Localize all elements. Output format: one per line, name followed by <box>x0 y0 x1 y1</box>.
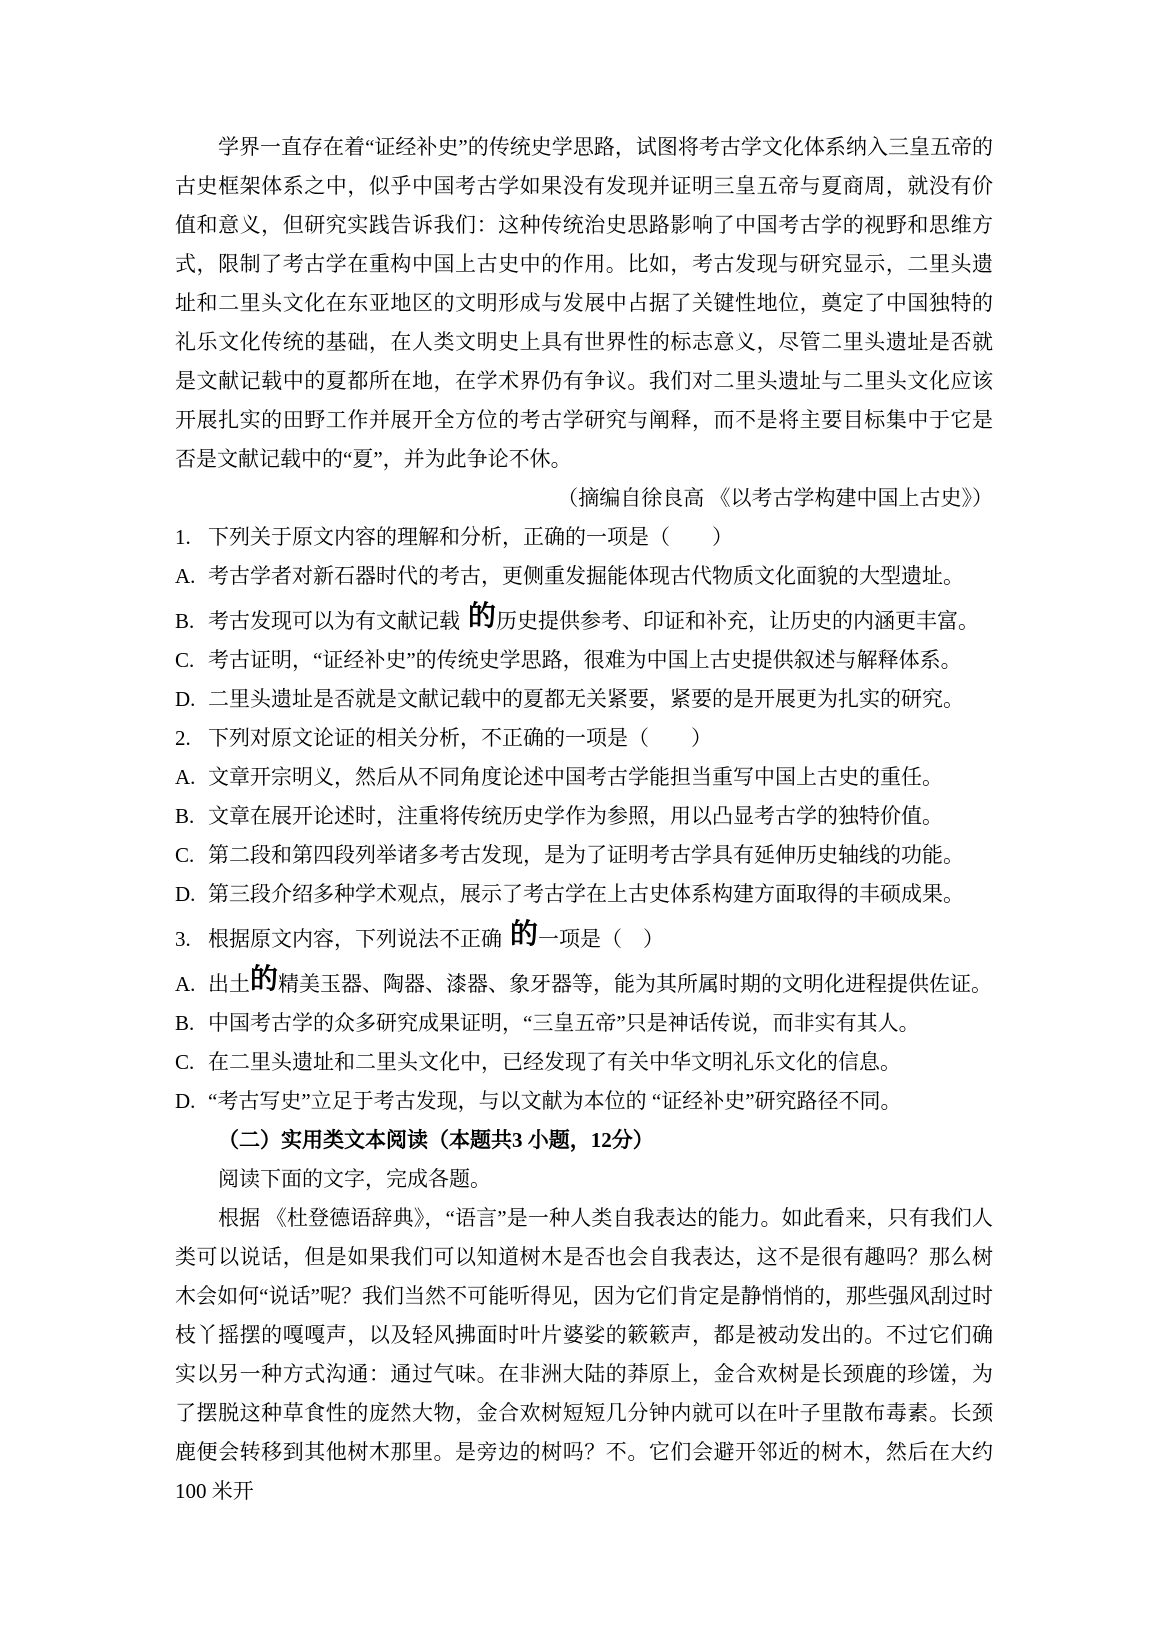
option-text: 第三段介绍多种学术观点，展示了考古学在上古史体系构建方面取得的丰硕成果。 <box>208 875 993 914</box>
question-1-option-a: A. 考古学者对新石器时代的考古，更侧重发掘能体现古代物质文化面貌的大型遗址。 <box>175 557 993 596</box>
question-3-number: 3. <box>175 920 208 959</box>
passage1-citation: （摘编自徐良高 《以考古学构建中国上古史》） <box>175 479 993 518</box>
option-text-pre: 出土 <box>208 972 250 996</box>
question-3-option-b: B. 中国考古学的众多研究成果证明，“三皇五帝”只是神话传说，而非实有其人。 <box>175 1004 993 1043</box>
option-text: 中国考古学的众多研究成果证明，“三皇五帝”只是神话传说，而非实有其人。 <box>208 1004 993 1043</box>
option-label: B. <box>175 1004 208 1043</box>
question-2-number: 2. <box>175 719 208 758</box>
option-text: “考古写史”立足于考古发现，与以文献为本位的 “证经补史”研究路径不同。 <box>208 1082 993 1121</box>
option-text: 文章在展开论述时，注重将传统历史学作为参照，用以凸显考古学的独特价值。 <box>208 797 993 836</box>
option-text: 在二里头遗址和二里头文化中，已经发现了有关中华文明礼乐文化的信息。 <box>208 1043 993 1082</box>
question-1-option-c: C. 考古证明，“证经补史”的传统史学思路，很难为中国上古史提供叙述与解释体系。 <box>175 641 993 680</box>
question-3-option-d: D. “考古写史”立足于考古发现，与以文献为本位的 “证经补史”研究路径不同。 <box>175 1082 993 1121</box>
question-1-option-b: B. 考古发现可以为有文献记载的历史提供参考、印证和补充，让历史的内涵更丰富。 <box>175 602 993 641</box>
option-text: 考古证明，“证经补史”的传统史学思路，很难为中国上古史提供叙述与解释体系。 <box>208 641 993 680</box>
emphasized-de-character: 的 <box>468 601 496 632</box>
question-2-stem: 2. 下列对原文论证的相关分析，不正确的一项是（ ） <box>175 719 993 758</box>
stem-text-post: 一项是（ ） <box>538 927 664 951</box>
question-1-stem: 1. 下列关于原文内容的理解和分析，正确的一项是（ ） <box>175 518 993 557</box>
option-text: 考古学者对新石器时代的考古，更侧重发掘能体现古代物质文化面貌的大型遗址。 <box>208 557 993 596</box>
option-label: B. <box>175 797 208 836</box>
option-text: 文章开宗明义，然后从不同角度论述中国考古学能担当重写中国上古史的重任。 <box>208 758 993 797</box>
question-2-option-c: C. 第二段和第四段列举诸多考古发现，是为了证明考古学具有延伸历史轴线的功能。 <box>175 836 993 875</box>
option-text: 出土的精美玉器、陶器、漆器、象牙器等，能为其所属时期的文明化进程提供佐证。 <box>208 965 993 1004</box>
option-text: 二里头遗址是否就是文献记载中的夏都无关紧要，紧要的是开展更为扎实的研究。 <box>208 680 993 719</box>
question-2-text: 下列对原文论证的相关分析，不正确的一项是（ ） <box>208 719 993 758</box>
option-label: C. <box>175 836 208 875</box>
question-1-number: 1. <box>175 518 208 557</box>
option-label: A. <box>175 557 208 596</box>
option-label: D. <box>175 680 208 719</box>
option-text: 第二段和第四段列举诸多考古发现，是为了证明考古学具有延伸历史轴线的功能。 <box>208 836 993 875</box>
question-3-text: 根据原文内容，下列说法不正确的一项是（ ） <box>208 920 993 959</box>
section-2-instruction: 阅读下面的文字，完成各题。 <box>175 1160 993 1199</box>
option-label: D. <box>175 1082 208 1121</box>
exam-page: 学界一直存在着“证经补史”的传统史学思路，试图将考古学文化体系纳入三皇五帝的古史… <box>175 128 993 1511</box>
question-3-option-c: C. 在二里头遗址和二里头文化中，已经发现了有关中华文明礼乐文化的信息。 <box>175 1043 993 1082</box>
emphasized-de-character: 的 <box>250 964 278 995</box>
question-2-option-a: A. 文章开宗明义，然后从不同角度论述中国考古学能担当重写中国上古史的重任。 <box>175 758 993 797</box>
section-2-paragraph: 根据 《杜登德语辞典》，“语言”是一种人类自我表达的能力。如此看来，只有我们人类… <box>175 1199 993 1511</box>
question-2-option-d: D. 第三段介绍多种学术观点，展示了考古学在上古史体系构建方面取得的丰硕成果。 <box>175 875 993 914</box>
option-text-post: 历史提供参考、印证和补充，让历史的内涵更丰富。 <box>496 609 979 633</box>
section-2-heading: （二）实用类文本阅读（本题共3 小题，12分） <box>175 1121 993 1160</box>
question-3-option-a: A. 出土的精美玉器、陶器、漆器、象牙器等，能为其所属时期的文明化进程提供佐证。 <box>175 965 993 1004</box>
question-1-text: 下列关于原文内容的理解和分析，正确的一项是（ ） <box>208 518 993 557</box>
option-label: C. <box>175 641 208 680</box>
emphasized-de-character: 的 <box>510 919 538 950</box>
passage1-paragraph: 学界一直存在着“证经补史”的传统史学思路，试图将考古学文化体系纳入三皇五帝的古史… <box>175 128 993 479</box>
option-text: 考古发现可以为有文献记载的历史提供参考、印证和补充，让历史的内涵更丰富。 <box>208 602 993 641</box>
question-2-option-b: B. 文章在展开论述时，注重将传统历史学作为参照，用以凸显考古学的独特价值。 <box>175 797 993 836</box>
question-3-stem: 3. 根据原文内容，下列说法不正确的一项是（ ） <box>175 920 993 959</box>
option-label: A. <box>175 758 208 797</box>
question-1-option-d: D. 二里头遗址是否就是文献记载中的夏都无关紧要，紧要的是开展更为扎实的研究。 <box>175 680 993 719</box>
option-label: B. <box>175 602 208 641</box>
stem-text-pre: 根据原文内容，下列说法不正确 <box>208 927 502 951</box>
option-text-post: 精美玉器、陶器、漆器、象牙器等，能为其所属时期的文明化进程提供佐证。 <box>278 972 992 996</box>
option-label: C. <box>175 1043 208 1082</box>
option-text-pre: 考古发现可以为有文献记载 <box>208 609 460 633</box>
option-label: A. <box>175 965 208 1004</box>
option-label: D. <box>175 875 208 914</box>
